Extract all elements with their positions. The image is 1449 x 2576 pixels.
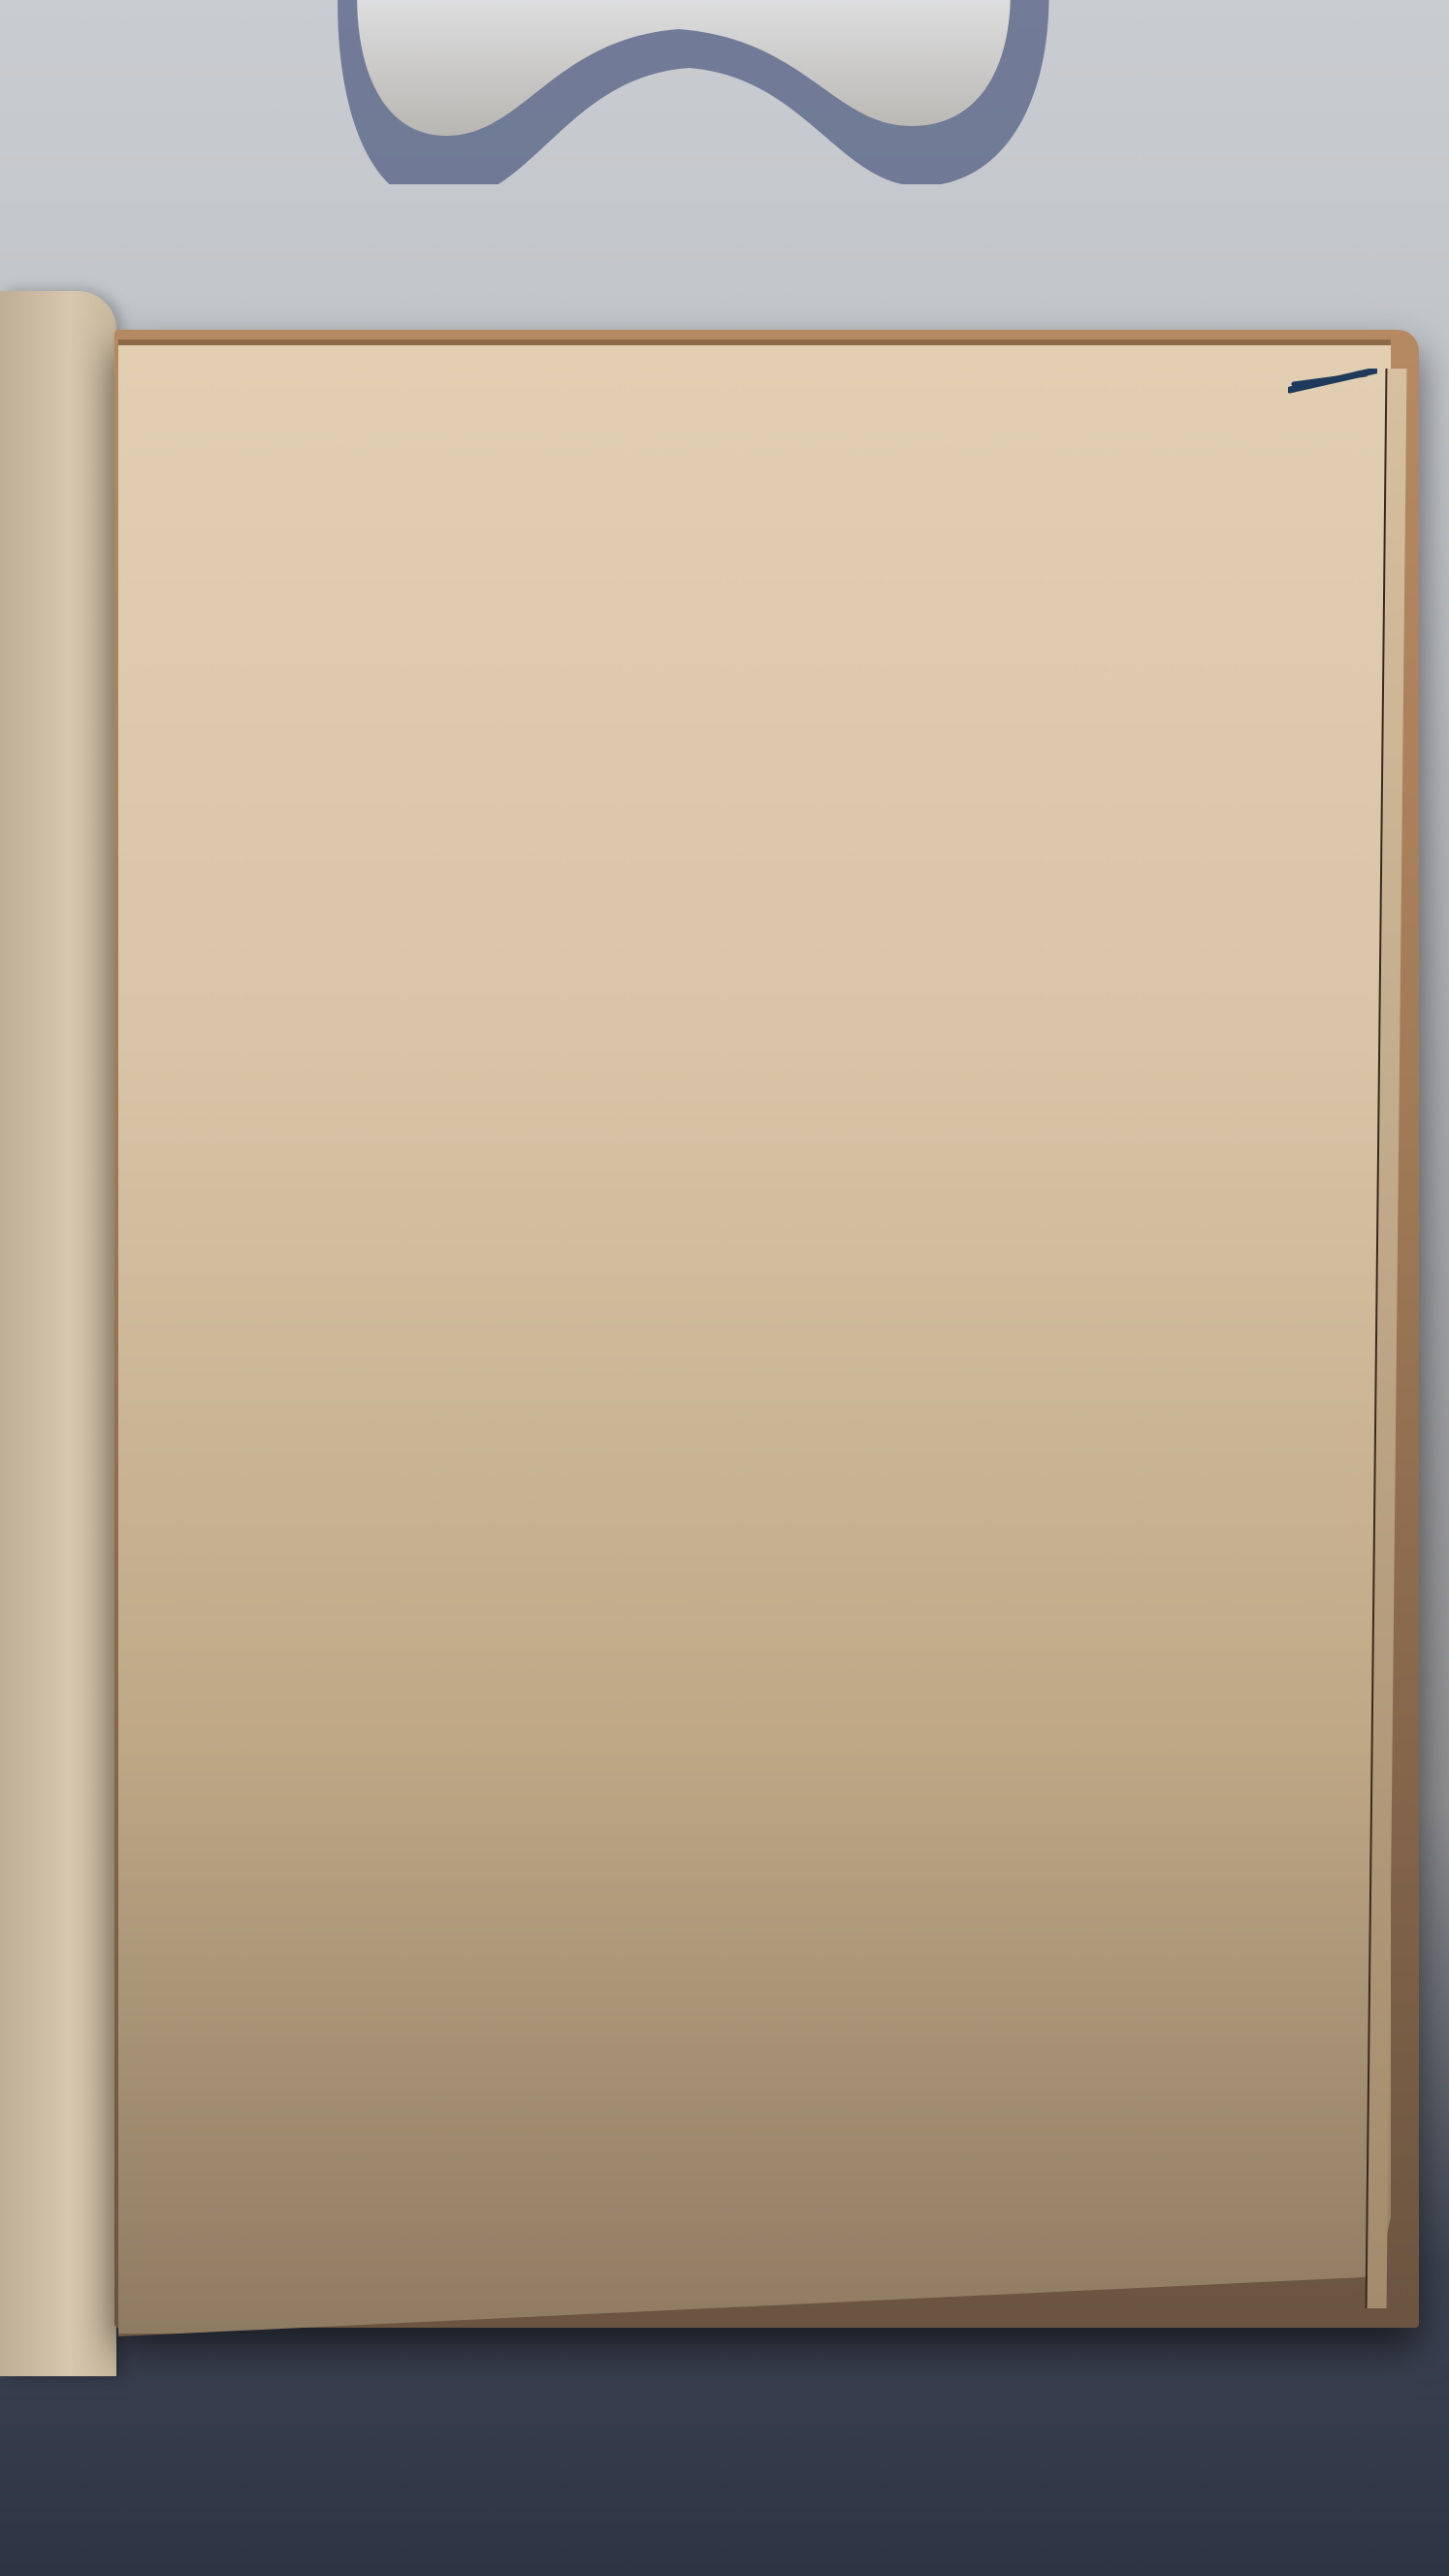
document-page <box>118 339 1391 2336</box>
pen-strike-icon <box>1288 369 1377 396</box>
left-page-curl <box>0 291 116 2376</box>
stapler-shape-icon <box>320 0 1067 184</box>
stapler-object <box>320 0 1067 184</box>
